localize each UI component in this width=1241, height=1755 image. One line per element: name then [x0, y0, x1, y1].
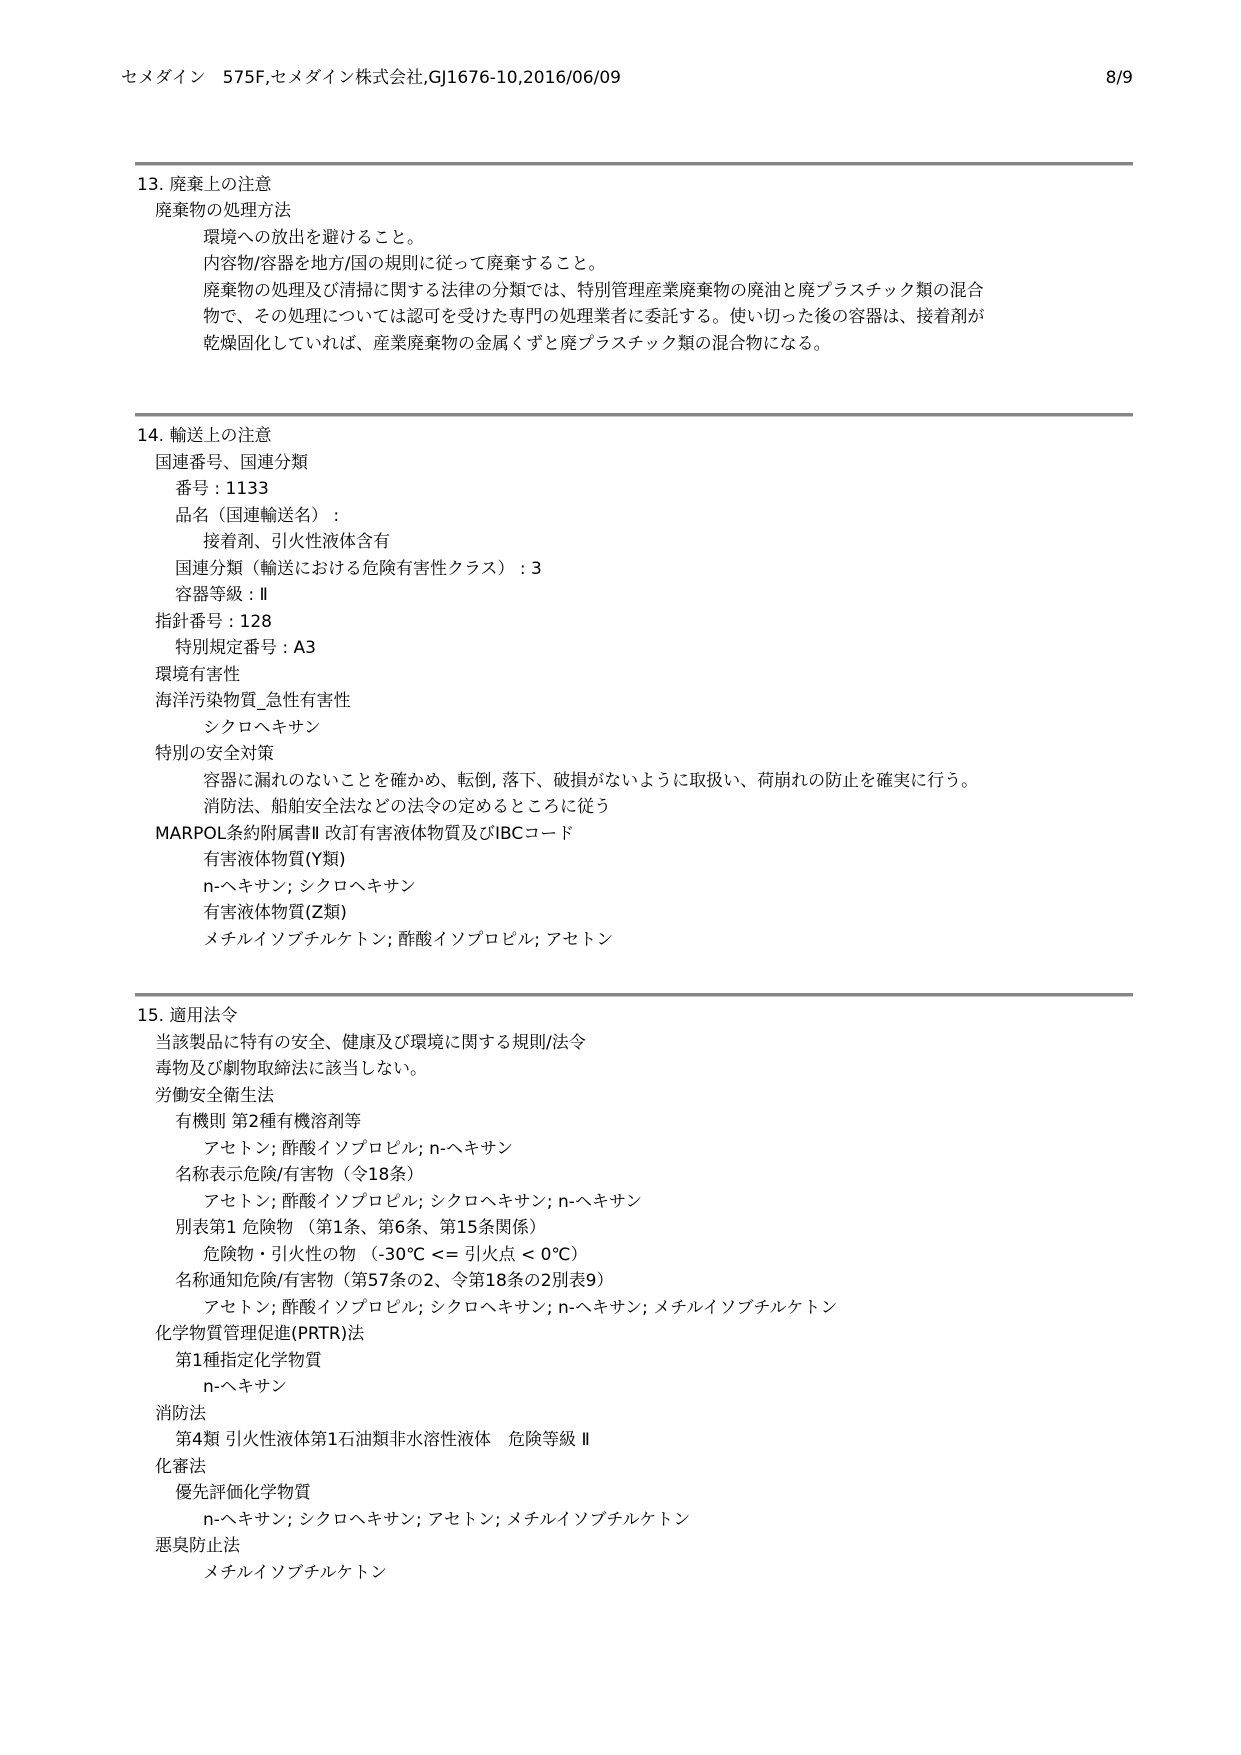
- text-line: 廃棄物の処理及び清掃に関する法律の分類では、特別管理産業廃棄物の廃油と廃プラスチ…: [203, 278, 1133, 305]
- text-line: 悪臭防止法: [155, 1533, 1133, 1560]
- text-line: 別表第1 危険物 （第1条、第6条、第15条関係）: [175, 1215, 1133, 1242]
- section-13-disposal: 13. 廃棄上の注意 廃棄物の処理方法 環境への放出を避けること。 内容物/容器…: [135, 162, 1133, 358]
- text-line: 第1種指定化学物質: [175, 1348, 1133, 1375]
- text-line: 消防法、船舶安全法などの法令の定めるところに従う: [203, 794, 1133, 821]
- text-line: アセトン; 酢酸イソプロピル; n-ヘキサン: [203, 1136, 1133, 1163]
- text-line: 内容物/容器を地方/国の規則に従って廃棄すること。: [203, 251, 1133, 278]
- text-line: n-ヘキサン: [203, 1374, 1133, 1401]
- text-line: MARPOL条約附属書Ⅱ 改訂有害液体物質及びIBCコード: [155, 821, 1133, 848]
- text-line: メチルイソブチルケトン; 酢酸イソプロピル; アセトン: [203, 927, 1133, 954]
- text-line: 海洋汚染物質_急性有害性: [155, 688, 1133, 715]
- document-title: セメダイン 575F,セメダイン株式会社,GJ1676-10,2016/06/0…: [121, 65, 621, 92]
- text-line: 優先評価化学物質: [175, 1480, 1133, 1507]
- text-line: シクロヘキサン: [203, 715, 1133, 742]
- text-line: 番号 : 1133: [175, 476, 1133, 503]
- text-line: 廃棄物の処理方法: [155, 198, 1133, 225]
- text-line: 有害液体物質(Y類): [203, 847, 1133, 874]
- text-line: 品名（国連輸送名） :: [175, 503, 1133, 530]
- text-line: 物で、その処理については認可を受けた専門の処理業者に委託する。使い切った後の容器…: [203, 304, 1133, 331]
- text-line: 第4類 引火性液体第1石油類非水溶性液体 危険等級 Ⅱ: [175, 1427, 1133, 1454]
- page-header: セメダイン 575F,セメダイン株式会社,GJ1676-10,2016/06/0…: [121, 65, 1133, 92]
- text-line: n-ヘキサン; シクロヘキサン; アセトン; メチルイソブチルケトン: [203, 1507, 1133, 1534]
- sds-document-page: セメダイン 575F,セメダイン株式会社,GJ1676-10,2016/06/0…: [0, 0, 1241, 1755]
- text-line: 消防法: [155, 1401, 1133, 1428]
- section-title: 15. 適用法令: [137, 1003, 1133, 1030]
- text-line: 容器に漏れのないことを確かめ、転倒, 落下、破損がないように取扱い、荷崩れの防止…: [203, 768, 1133, 795]
- text-line: 化審法: [155, 1454, 1133, 1481]
- text-line: 労働安全衛生法: [155, 1083, 1133, 1110]
- section-title: 14. 輸送上の注意: [137, 423, 1133, 450]
- text-line: 毒物及び劇物取締法に該当しない。: [155, 1056, 1133, 1083]
- text-line: アセトン; 酢酸イソプロピル; シクロヘキサン; n-ヘキサン: [203, 1189, 1133, 1216]
- text-line: 名称通知危険/有害物（第57条の2、令第18条の2別表9）: [175, 1268, 1133, 1295]
- text-line: 有害液体物質(Z類): [203, 900, 1133, 927]
- text-line: 危険物・引火性の物 （-30℃ <= 引火点 < 0℃）: [203, 1242, 1133, 1269]
- text-line: 特別規定番号 : A3: [175, 635, 1133, 662]
- text-line: 環境有害性: [155, 662, 1133, 689]
- text-line: 当該製品に特有の安全、健康及び環境に関する規則/法令: [155, 1030, 1133, 1057]
- text-line: 国連分類（輸送における危険有害性クラス） : 3: [175, 556, 1133, 583]
- text-line: 化学物質管理促進(PRTR)法: [155, 1321, 1133, 1348]
- text-line: 指針番号 : 128: [155, 609, 1133, 636]
- section-divider: [135, 413, 1133, 417]
- section-title: 13. 廃棄上の注意: [137, 172, 1133, 199]
- text-line: アセトン; 酢酸イソプロピル; シクロヘキサン; n-ヘキサン; メチルイソブチ…: [203, 1295, 1133, 1322]
- text-line: 環境への放出を避けること。: [203, 225, 1133, 252]
- text-line: メチルイソブチルケトン: [203, 1560, 1133, 1587]
- section-divider: [135, 162, 1133, 166]
- section-divider: [135, 993, 1133, 997]
- text-line: 容器等級 : Ⅱ: [175, 582, 1133, 609]
- text-line: n-ヘキサン; シクロヘキサン: [203, 874, 1133, 901]
- page-number: 8/9: [1106, 65, 1133, 92]
- text-line: 名称表示危険/有害物（令18条）: [175, 1162, 1133, 1189]
- text-line: 接着剤、引火性液体含有: [203, 529, 1133, 556]
- section-14-transport: 14. 輸送上の注意 国連番号、国連分類 番号 : 1133 品名（国連輸送名）…: [135, 413, 1133, 953]
- section-15-regulations: 15. 適用法令 当該製品に特有の安全、健康及び環境に関する規則/法令 毒物及び…: [135, 993, 1133, 1586]
- text-line: 特別の安全対策: [155, 741, 1133, 768]
- text-line: 有機則 第2種有機溶剤等: [175, 1109, 1133, 1136]
- text-line: 乾燥固化していれば、産業廃棄物の金属くずと廃プラスチック類の混合物になる。: [203, 331, 1133, 358]
- text-line: 国連番号、国連分類: [155, 450, 1133, 477]
